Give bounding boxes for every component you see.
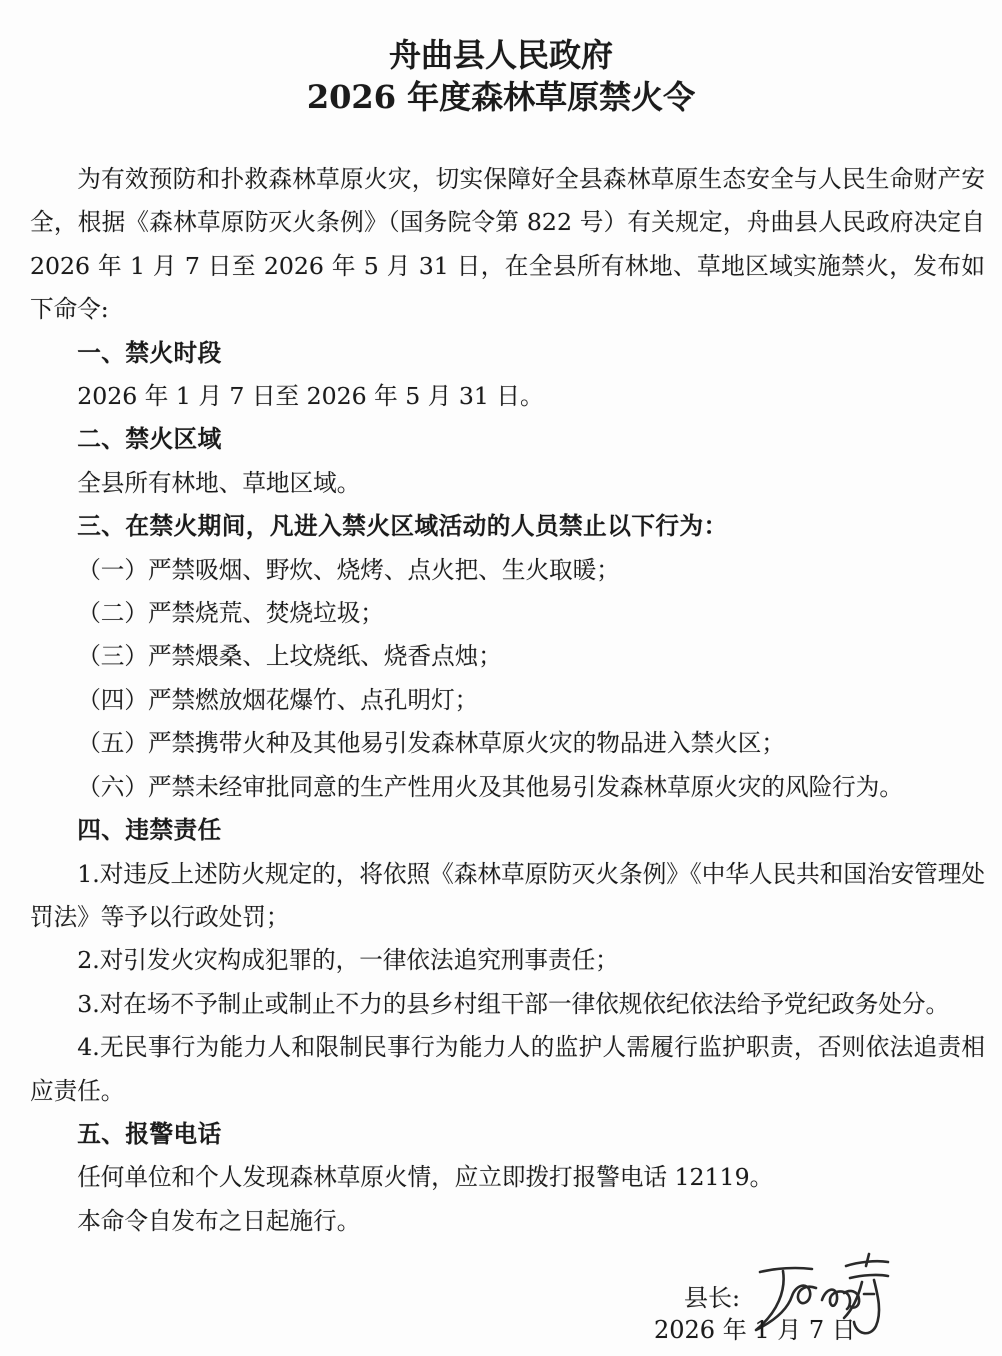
section-heading: 五、报警电话 [30, 1113, 985, 1156]
document-title-line1: 舟曲县人民政府 [0, 34, 1002, 76]
document-page: 舟曲县人民政府 2026 年度森林草原禁火令 为有效预防和扑救森林草原火灾，切实… [0, 0, 1002, 1356]
document-body: 为有效预防和扑救森林草原火灾，切实保障好全县森林草原生态安全与人民生命财产安全，… [30, 158, 985, 1243]
section-heading: 一、禁火时段 [30, 332, 985, 375]
section-heading: 三、在禁火期间，凡进入禁火区域活动的人员禁止以下行为： [30, 505, 985, 548]
intro-paragraph: 为有效预防和扑救森林草原火灾，切实保障好全县森林草原生态安全与人民生命财产安全，… [30, 158, 985, 332]
signature-date: 2026 年 1 月 7 日 [654, 1310, 856, 1345]
section-paragraph: 任何单位和个人发现森林草原火情，应立即拨打报警电话 12119。 [30, 1156, 985, 1199]
section-paragraph: 4.无民事行为能力人和限制民事行为能力人的监护人需履行监护职责，否则依法追责相应… [30, 1026, 985, 1113]
section-paragraph: （四）严禁燃放烟花爆竹、点孔明灯； [30, 679, 985, 722]
section-paragraph: 3.对在场不予制止或制止不力的县乡村组干部一律依规依纪依法给予党纪政务处分。 [30, 983, 985, 1026]
signature-block: 县长: 2026 年 1 月 7 日 [0, 1246, 1002, 1356]
document-sections: 一、禁火时段2026 年 1 月 7 日至 2026 年 5 月 31 日。二、… [30, 332, 985, 1244]
section-heading: 四、违禁责任 [30, 809, 985, 852]
section-paragraph: 全县所有林地、草地区域。 [30, 462, 985, 505]
document-title-line2: 2026 年度森林草原禁火令 [0, 76, 1002, 118]
section-paragraph: （三）严禁煨桑、上坟烧纸、烧香点烛； [30, 635, 985, 678]
section-paragraph: 2.对引发火灾构成犯罪的，一律依法追究刑事责任； [30, 939, 985, 982]
section-paragraph: 1.对违反上述防火规定的，将依照《森林草原防灭火条例》《中华人民共和国治安管理处… [30, 853, 985, 940]
section-paragraph: （一）严禁吸烟、野炊、烧烤、点火把、生火取暖； [30, 549, 985, 592]
signer-title-label: 县长: [684, 1278, 740, 1313]
section-paragraph: （六）严禁未经审批同意的生产性用火及其他易引发森林草原火灾的风险行为。 [30, 766, 985, 809]
document-title: 舟曲县人民政府 2026 年度森林草原禁火令 [0, 0, 1002, 118]
section-paragraph: 本命令自发布之日起施行。 [30, 1200, 985, 1243]
section-paragraph: 2026 年 1 月 7 日至 2026 年 5 月 31 日。 [30, 375, 985, 418]
section-heading: 二、禁火区域 [30, 418, 985, 461]
section-paragraph: （二）严禁烧荒、焚烧垃圾； [30, 592, 985, 635]
section-paragraph: （五）严禁携带火种及其他易引发森林草原火灾的物品进入禁火区； [30, 722, 985, 765]
